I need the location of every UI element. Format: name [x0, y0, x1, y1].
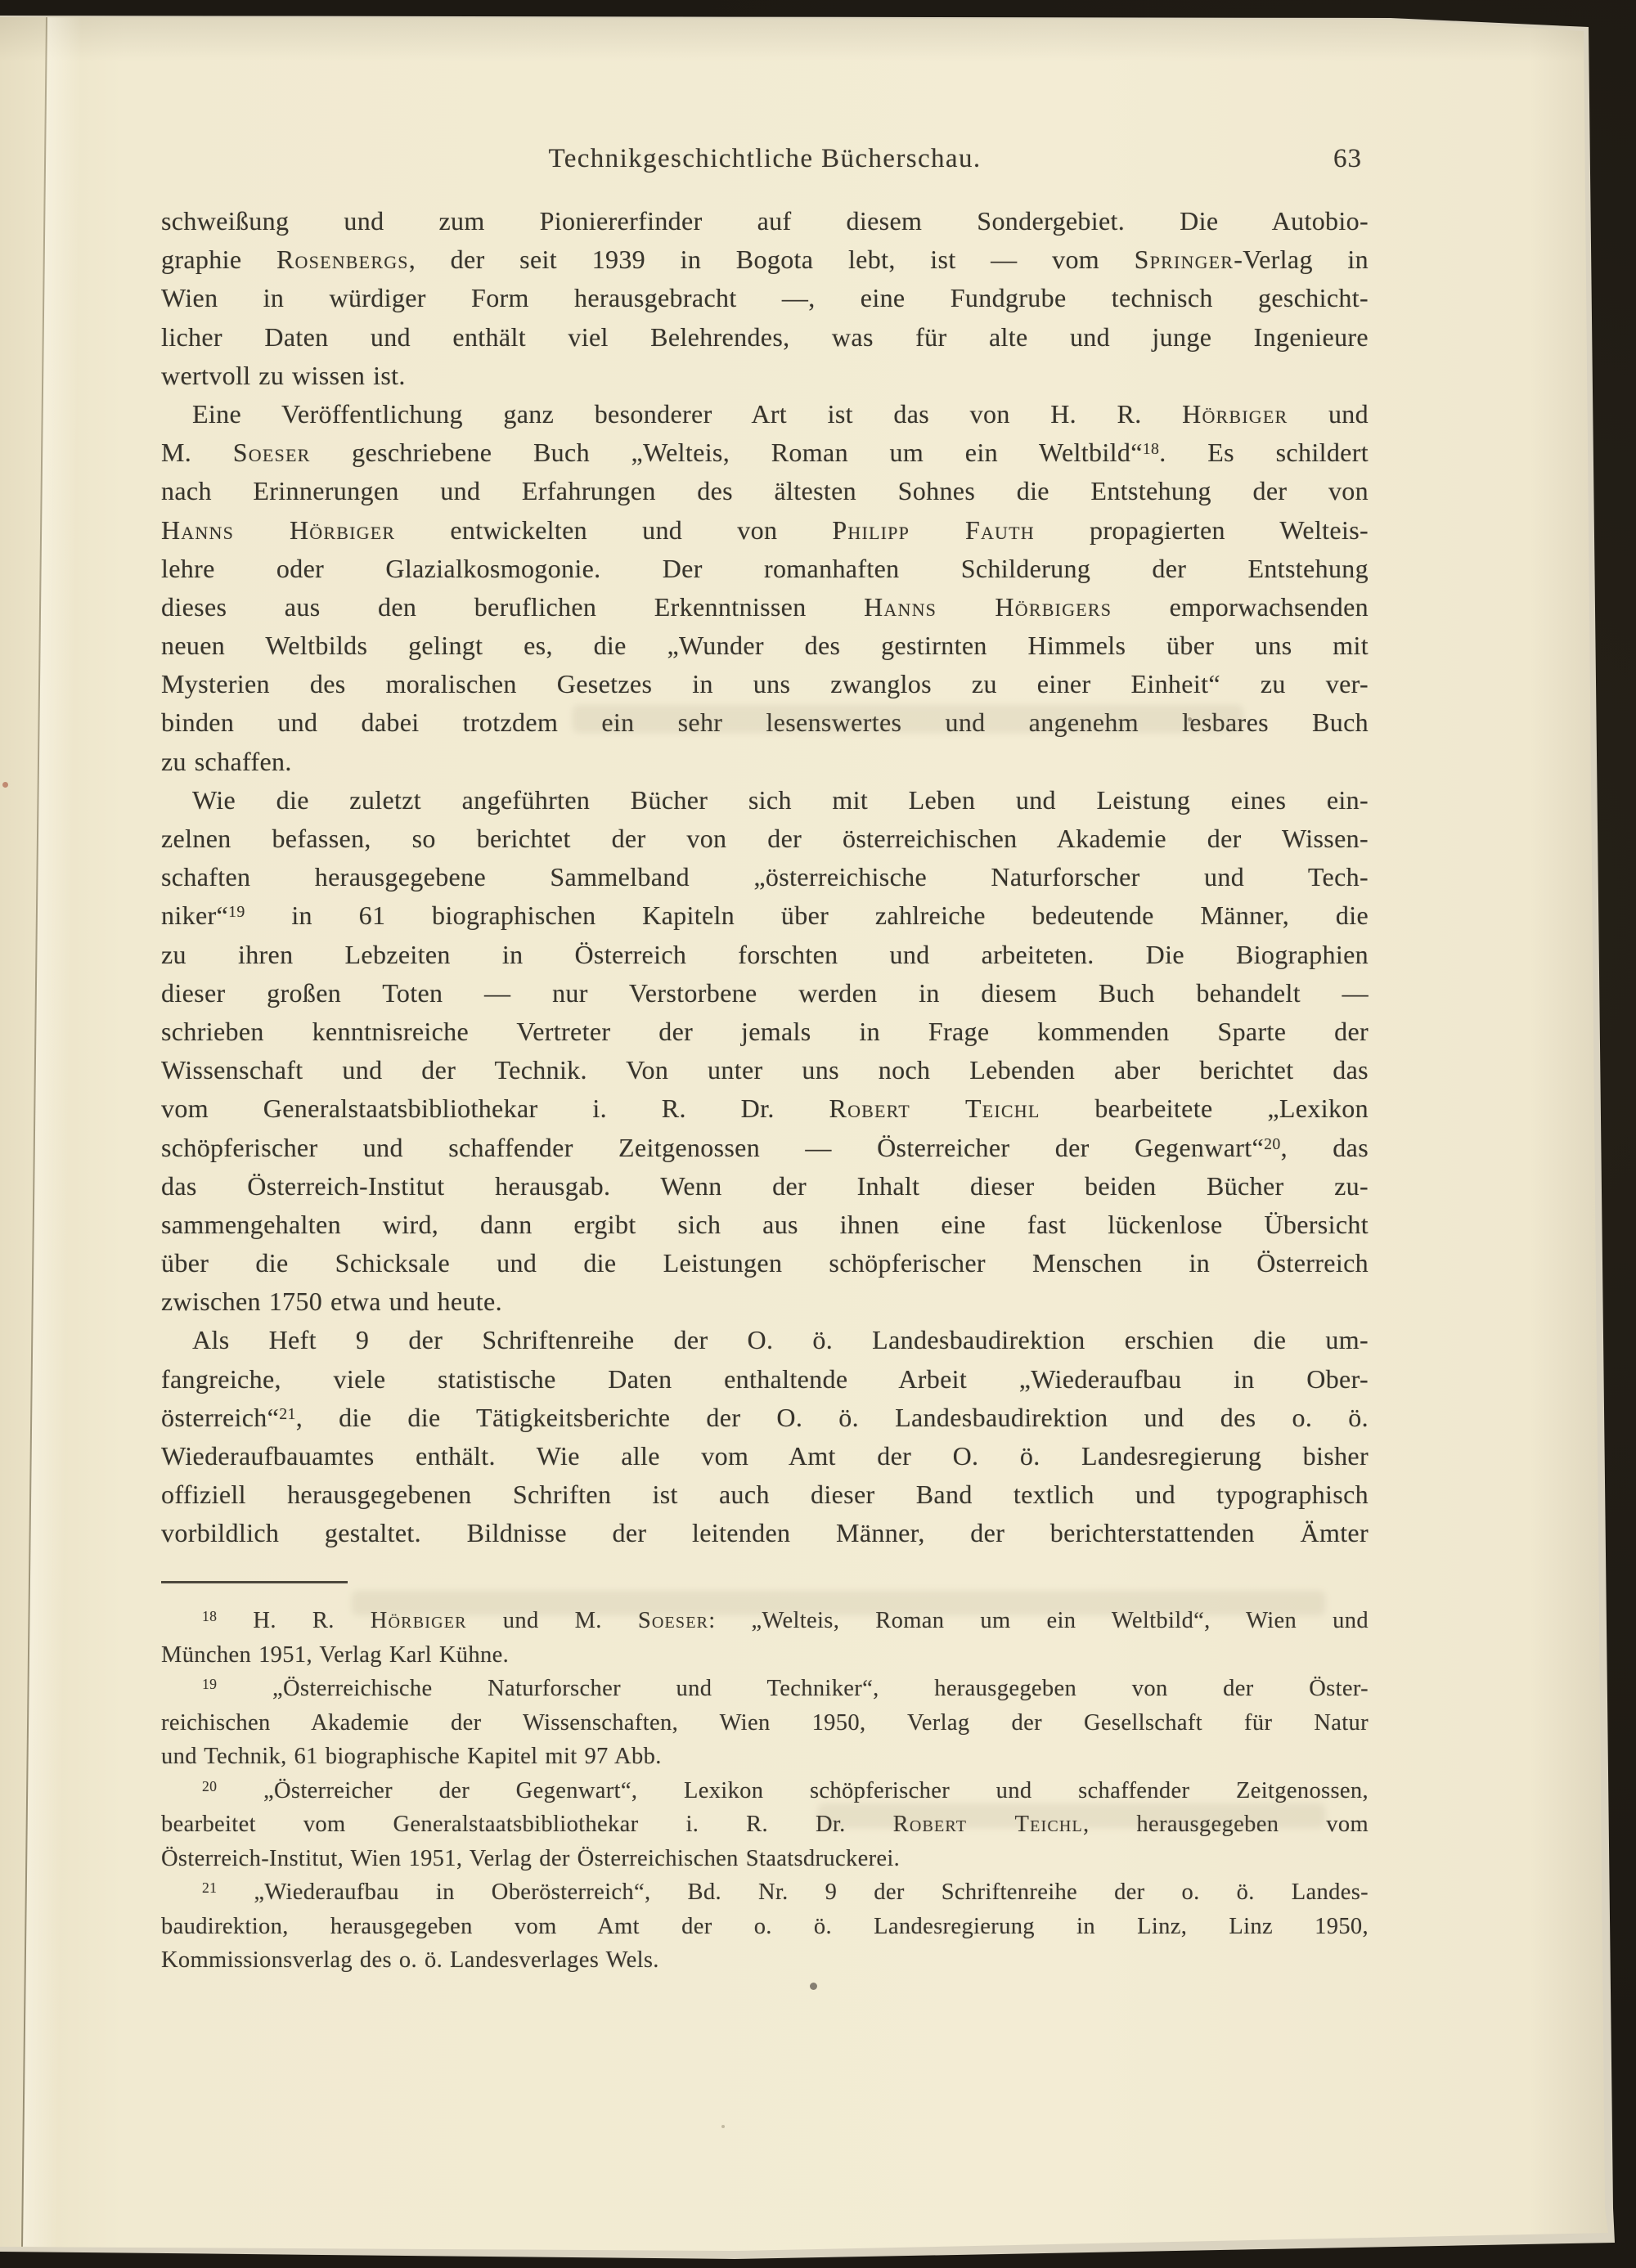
footnote-line: 21 „Wiederaufbau in Oberösterreich“, Bd.…	[161, 1875, 1369, 1910]
footnotes: 18 H. R. Hörbiger und M. Soeser: „Weltei…	[161, 1604, 1369, 1978]
small-caps-name: Robert Teichl	[829, 1094, 1040, 1123]
footnote-marker: 18	[1143, 440, 1160, 458]
body-line: vorbildlich gestaltet. Bildnisse der lei…	[161, 1514, 1369, 1552]
ink-bleed-smudge	[818, 1803, 1325, 1828]
body-line: über die Schicksale und die Leistungen s…	[161, 1244, 1369, 1282]
body-line: Mysterien des moralischen Gesetzes in un…	[161, 665, 1369, 703]
paper-speck	[810, 1983, 817, 1990]
footnote-marker: 19	[228, 903, 245, 921]
body-line: Hanns Hörbiger entwickelten und von Phil…	[161, 511, 1369, 550]
body-line: lehre oder Glazialkosmogonie. Der romanh…	[161, 550, 1369, 588]
footnote-marker: 20	[202, 1778, 217, 1794]
body-line: zelnen befassen, so berichtet der von de…	[161, 820, 1369, 858]
body-line: sammengehalten wird, dann ergibt sich au…	[161, 1206, 1369, 1244]
ink-bleed-smudge	[352, 1591, 1325, 1615]
body-line: dieser großen Toten — nur Verstorbene we…	[161, 974, 1369, 1013]
footnote-line: reichischen Akademie der Wissenschaften,…	[161, 1706, 1369, 1740]
body-line: Wiederaufbauamtes enthält. Wie alle vom …	[161, 1437, 1369, 1475]
footnote-line: München 1951, Verlag Karl Kühne.	[161, 1638, 1369, 1673]
footnote-marker: 18	[202, 1608, 217, 1624]
paper-speck	[2, 782, 8, 788]
body-line: nach Erinnerungen und Erfahrungen des äl…	[161, 472, 1369, 510]
page-number: 63	[1333, 144, 1362, 174]
body-line: Wissenschaft und der Technik. Von unter …	[161, 1051, 1369, 1089]
body-line: wertvoll zu wissen ist.	[161, 357, 1369, 395]
body-line: österreich“21, die die Tätigkeitsbericht…	[161, 1399, 1369, 1437]
footnote-marker: 20	[1264, 1135, 1281, 1153]
body-line: vom Generalstaatsbibliothekar i. R. Dr. …	[161, 1089, 1369, 1128]
footnote-line: 20 „Österreicher der Gegenwart“, Lexikon…	[161, 1774, 1369, 1808]
footnote-line: und Technik, 61 biographische Kapitel mi…	[161, 1740, 1369, 1774]
small-caps-name: Hanns Hörbiger	[161, 515, 395, 545]
footnote-rule	[161, 1581, 348, 1583]
footnote-marker: 21	[202, 1880, 217, 1896]
body-line: schweißung und zum Pioniererfinder auf d…	[161, 202, 1369, 240]
book-page: Technikgeschichtliche Bücherschau. 63 sc…	[0, 0, 1636, 2268]
small-caps-name: Springer	[1135, 245, 1234, 274]
footnote-line: baudirektion, herausgegeben vom Amt der …	[161, 1910, 1369, 1944]
body-line: Als Heft 9 der Schriftenreihe der O. ö. …	[161, 1321, 1369, 1359]
body-line: M. Soeser geschriebene Buch „Welteis, Ro…	[161, 433, 1369, 472]
small-caps-name: Hanns Hörbigers	[864, 592, 1112, 622]
body-line: schöpferischer und schaffender Zeitgenos…	[161, 1129, 1369, 1167]
body-text: schweißung und zum Pioniererfinder auf d…	[161, 202, 1369, 1553]
footnote-line: Kommissionsverlag des o. ö. Landesverlag…	[161, 1943, 1369, 1978]
body-line: Wien in würdiger Form herausgebracht —, …	[161, 279, 1369, 317]
footnote-marker: 21	[279, 1405, 296, 1423]
body-line: zu ihren Lebzeiten in Österreich forscht…	[161, 936, 1369, 974]
body-line: Eine Veröffentlichung ganz besonderer Ar…	[161, 395, 1369, 433]
small-caps-name: Soeser	[233, 438, 311, 467]
body-line: neuen Weltbilds gelingt es, die „Wunder …	[161, 627, 1369, 665]
ink-bleed-smudge	[573, 705, 1243, 733]
body-line: das Österreich-Institut herausgab. Wenn …	[161, 1167, 1369, 1206]
body-line: graphie Rosenbergs, der seit 1939 in Bog…	[161, 240, 1369, 279]
small-caps-name: Philipp Fauth	[832, 515, 1035, 545]
paper-speck	[721, 2125, 725, 2128]
body-line: dieses aus den beruflichen Erkenntnissen…	[161, 588, 1369, 627]
body-line: zu schaffen.	[161, 743, 1369, 781]
running-title: Technikgeschichtliche Bücherschau.	[161, 144, 1369, 174]
body-line: Wie die zuletzt angeführten Bücher sich …	[161, 781, 1369, 820]
body-line: zwischen 1750 etwa und heute.	[161, 1282, 1369, 1321]
body-line: niker“19 in 61 biographischen Kapiteln ü…	[161, 896, 1369, 935]
small-caps-name: Rosenbergs	[276, 245, 409, 274]
page-header: Technikgeschichtliche Bücherschau. 63	[161, 144, 1369, 182]
footnote-line: 19 „Österreichische Naturforscher und Te…	[161, 1672, 1369, 1706]
body-line: schaften herausgegebene Sammelband „öste…	[161, 858, 1369, 896]
body-line: schrieben kenntnisreiche Vertreter der j…	[161, 1013, 1369, 1051]
small-caps-name: Hörbiger	[1182, 399, 1288, 429]
body-line: licher Daten und enthält viel Belehrende…	[161, 318, 1369, 357]
body-line: fangreiche, viele statistische Daten ent…	[161, 1360, 1369, 1399]
footnote-line: Österreich-Institut, Wien 1951, Verlag d…	[161, 1842, 1369, 1876]
body-line: offiziell herausgegebenen Schriften ist …	[161, 1475, 1369, 1514]
scanner-background: Technikgeschichtliche Bücherschau. 63 sc…	[0, 0, 1636, 2268]
footnote-marker: 19	[202, 1676, 217, 1692]
